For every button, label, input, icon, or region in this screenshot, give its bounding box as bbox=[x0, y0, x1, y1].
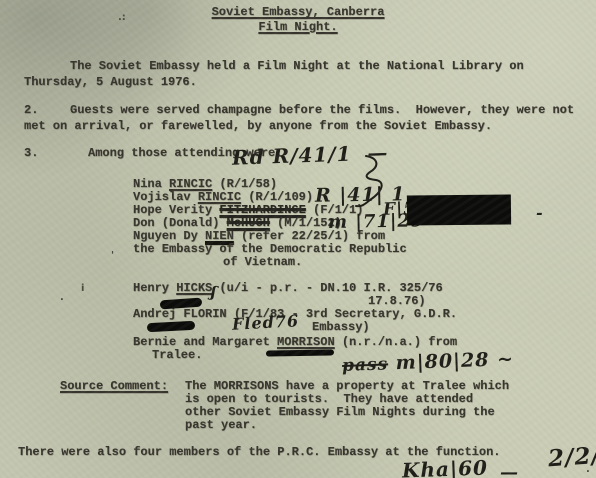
scan-speck: i bbox=[81, 283, 84, 294]
paragraph3-number: 3. bbox=[24, 147, 38, 160]
attendee-surname: HICKS bbox=[176, 281, 212, 295]
document-title-line2: Film Night. bbox=[0, 21, 596, 34]
handwritten-florin-note: Fled76 bbox=[232, 311, 300, 333]
attendee-surname: RINCIC bbox=[198, 190, 241, 204]
attendee-post: (u/i - p.r. - DN.10 I.R. 325/76 bbox=[212, 281, 442, 295]
source-comment-line4: past year. bbox=[185, 419, 257, 432]
attendee-pre: Nguyen Dy bbox=[133, 229, 205, 243]
attendee-pre: Andrej bbox=[133, 307, 183, 321]
attendee-nguyen-line3: of Vietnam. bbox=[223, 256, 302, 269]
handwritten-hicks-squiggle: ʃ bbox=[210, 283, 218, 302]
handwritten-bottom-ref: Kha|60 bbox=[402, 456, 489, 478]
paragraph1-line1: The Soviet Embassy held a Film Night at … bbox=[70, 60, 524, 73]
handwritten-dash-after-redaction: - bbox=[536, 203, 544, 222]
attendee-pre: Bernie and Margaret bbox=[133, 335, 277, 349]
attendee-surname: NIEN bbox=[205, 229, 234, 243]
attendee-pre: Nina bbox=[133, 177, 169, 191]
attendee-post: (n.r./n.a.) from bbox=[335, 335, 457, 349]
handwritten-morrison-ref: pass m|80|28 ~ bbox=[342, 348, 515, 376]
handwritten-morrison-number: m|80|28 ~ bbox=[388, 348, 515, 374]
attendee-surname: FLORIN bbox=[183, 307, 226, 321]
attendee-andrej-line2: Embassy) bbox=[312, 321, 370, 334]
handwritten-bracket bbox=[348, 153, 384, 209]
handwritten-bottom-dash: — bbox=[500, 462, 519, 478]
redaction-box bbox=[407, 194, 511, 225]
attendee-post: (R/1/109) bbox=[241, 190, 313, 204]
attendee-pre: Henry bbox=[133, 281, 176, 295]
source-comment-label: Source Comment: bbox=[60, 380, 168, 393]
paragraph2-line2: met on arrival, or farewelled, by anyone… bbox=[24, 120, 492, 133]
paragraph2-number: 2. bbox=[24, 104, 38, 117]
redaction-bar-morrison bbox=[266, 349, 334, 356]
subtitle-text: Film Night. bbox=[258, 20, 337, 34]
attendee-surname-struck: FITZHARDINGE bbox=[219, 203, 305, 217]
source-comment-label-text: Source Comment: bbox=[60, 379, 168, 393]
attendee-bernie-line2: Tralee. bbox=[152, 349, 202, 362]
handwritten-pass-struck: pass bbox=[342, 354, 389, 376]
attendee-surname: RINCIC bbox=[169, 177, 212, 191]
paragraph1-line2: Thursday, 5 August 1976. bbox=[24, 76, 197, 89]
redaction-scribble-florin bbox=[147, 321, 195, 332]
paragraph2-line1: Guests were served champagne before the … bbox=[70, 104, 574, 117]
scan-speck: .: bbox=[118, 12, 126, 23]
attendee-post: (R/1/58) bbox=[212, 177, 277, 191]
attendee-pre: Hope Verity bbox=[133, 203, 219, 217]
attendee-surname: MORRISON bbox=[277, 335, 335, 349]
scan-speck: ' bbox=[111, 250, 114, 261]
scan-speck: . bbox=[60, 292, 64, 303]
title-text: Soviet Embassy, Canberra bbox=[212, 5, 385, 19]
attendee-surname-struck: McHUGH bbox=[227, 216, 270, 230]
scan-speck: . bbox=[586, 464, 590, 475]
attendee-pre: Vojislav bbox=[133, 190, 198, 204]
document-title-line1: Soviet Embassy, Canberra bbox=[0, 6, 596, 19]
scanned-document: Soviet Embassy, Canberra Film Night. The… bbox=[0, 0, 596, 478]
attendee-pre: Don (Donald) bbox=[133, 216, 227, 230]
